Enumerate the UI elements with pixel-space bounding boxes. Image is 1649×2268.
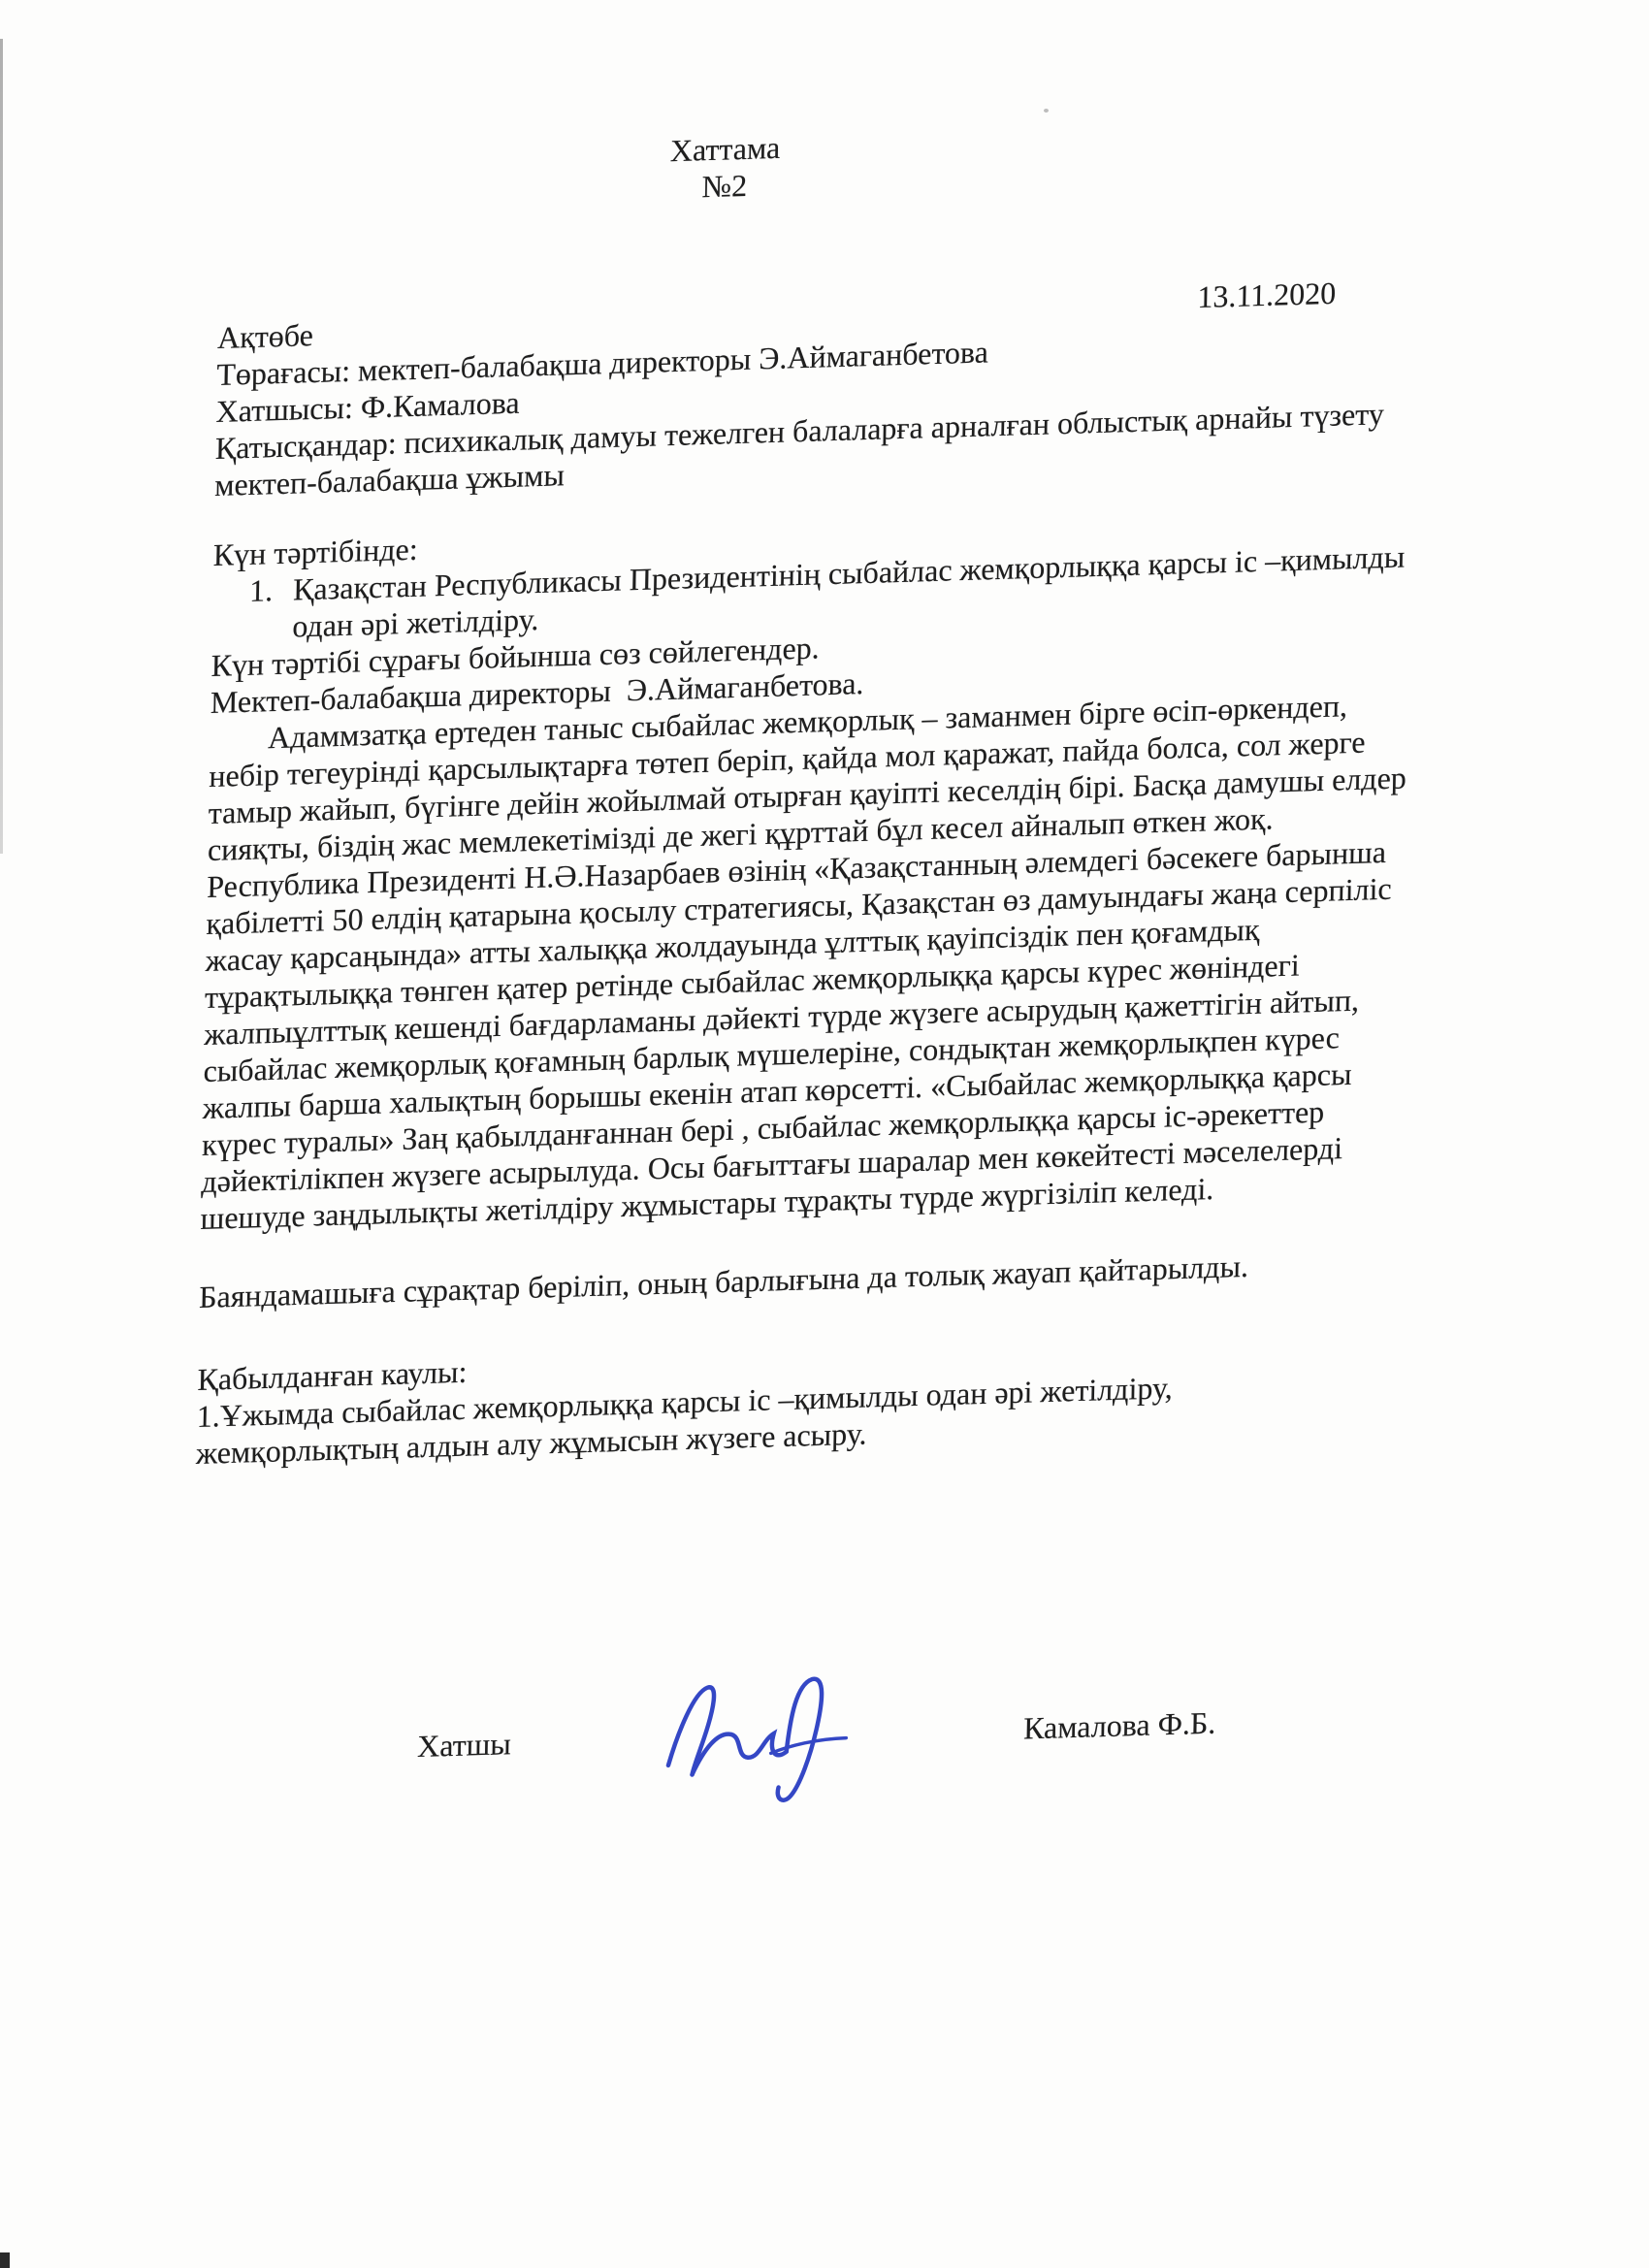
signature-name: Камалова Ф.Б. xyxy=(1023,1704,1216,1747)
scan-corner-artifact xyxy=(0,2252,10,2268)
speech-paragraph: Адаммзатқа ертеден таныс сыбайлас жемқор… xyxy=(200,682,1514,1237)
document-page: Хаттама №2 13.11.2020 Ақтөбе Төрағасы: м… xyxy=(0,0,1649,2268)
scan-dust-speck xyxy=(1044,109,1049,113)
signature-label: Хатшы xyxy=(417,1725,511,1765)
document-content: Хаттама №2 13.11.2020 Ақтөбе Төрағасы: м… xyxy=(187,107,1526,1899)
agenda-item-number: 1. xyxy=(249,571,274,609)
signature-row: Хатшы Камалова Ф.Б. xyxy=(187,1696,1495,1899)
questions-line: Баяндамашыға сұрақтар беріліп, оның барл… xyxy=(199,1240,1504,1315)
document-date: 13.11.2020 xyxy=(1197,275,1337,315)
secretary-signature-icon xyxy=(650,1651,866,1831)
scan-edge-artifact xyxy=(0,39,3,854)
